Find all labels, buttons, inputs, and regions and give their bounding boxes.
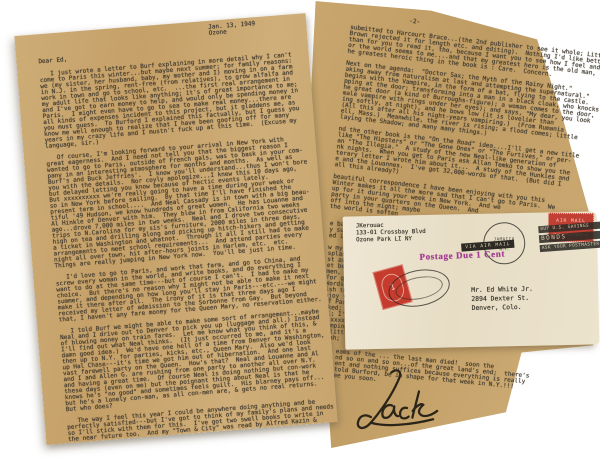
dateline: Jan. 13, 1949 Ozone — [208, 17, 304, 36]
recipient-city: Denver, Colo. — [471, 303, 533, 313]
recipient-address: Mr. Ed White Jr. 2894 Dexter St. Denver,… — [471, 285, 533, 313]
signature-ink-stroke — [347, 366, 445, 435]
paragraph-4: I told Burf we might be able to make som… — [60, 308, 333, 413]
paragraph-1: I just wrote a letter to Burf explaining… — [39, 51, 312, 150]
photo-of-letter-and-envelope: { "palette":{ "paper_tan":"#c8a56d", "en… — [0, 0, 600, 466]
page1-body-text: Jan. 13, 1949 Ozone Dear Ed, I just wrot… — [37, 17, 336, 449]
return-address: JKerouac 133-01 Crossbay Blvd Ozone Park… — [356, 222, 426, 244]
page2-top-lines: submitted to Harcourt Brace...(the 2nd p… — [329, 25, 600, 240]
paragraph-2: Of course, I'm looking forward to your a… — [46, 135, 321, 270]
letter-page-1: Jan. 13, 1949 Ozone Dear Ed, I just wrot… — [14, 13, 337, 445]
return-address-city: Ozone Park LI NY — [356, 236, 426, 244]
page2-body-text: -2- submitted to Harcourt Brace...(the 2… — [329, 12, 600, 240]
envelope: JKerouac 133-01 Crossbay Blvd Ozone Park… — [343, 211, 600, 349]
slogan-cancel: BUY U.S. SAVINGS BONDS ASK YOUR POSTMAST… — [538, 222, 600, 254]
jack-signature — [347, 366, 445, 435]
